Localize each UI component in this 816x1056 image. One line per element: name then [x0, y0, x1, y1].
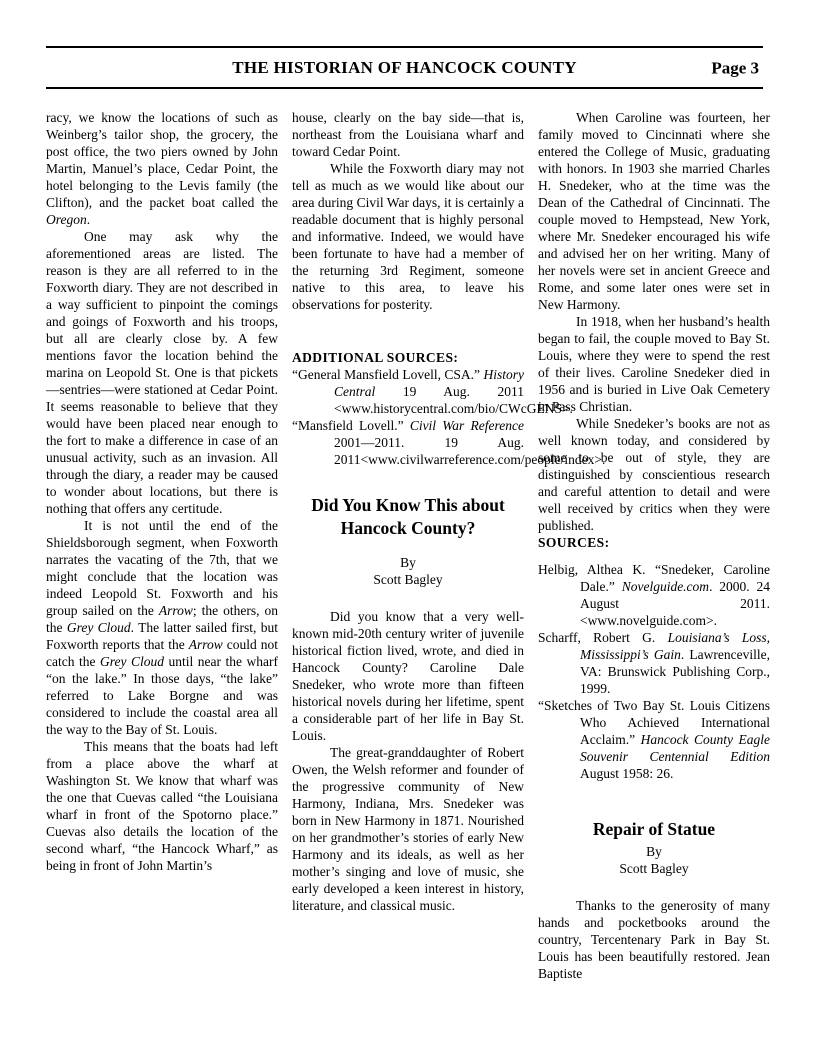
column-1: racy, we know the locations of such as W… [46, 109, 278, 982]
body-paragraph: One may ask why the aforementioned areas… [46, 228, 278, 517]
newsletter-page: THE HISTORIAN OF HANCOCK COUNTY Page 3 r… [0, 0, 816, 1056]
column-2: house, clearly on the bay side—that is, … [292, 109, 524, 982]
repair-of-statue-title: Repair of Statue [544, 818, 764, 841]
page-header: THE HISTORIAN OF HANCOCK COUNTY Page 3 [46, 48, 763, 87]
body-paragraph: The great-granddaughter of Robert Owen, … [292, 744, 524, 914]
citation-entry: Helbig, Althea K. “Snedeker, Caroline Da… [538, 561, 770, 629]
column-3: When Caroline was fourteen, her family m… [538, 109, 770, 982]
body-paragraph: house, clearly on the bay side—that is, … [292, 109, 524, 160]
body-paragraph: Thanks to the generosity of many hands a… [538, 897, 770, 982]
byline: ByScott Bagley [292, 554, 524, 588]
citation-entry: Scharff, Robert G. Louisiana’s Loss, Mis… [538, 629, 770, 697]
page-number: Page 3 [711, 59, 759, 76]
newsletter-title: THE HISTORIAN OF HANCOCK COUNTY [232, 59, 577, 76]
article-columns: racy, we know the locations of such as W… [46, 109, 770, 982]
citation-entry: “Mansfield Lovell.” Civil War Reference … [292, 417, 524, 468]
byline: ByScott Bagley [538, 843, 770, 877]
sources-heading: SOURCES: [538, 534, 770, 551]
body-paragraph: It is not until the end of the Shieldsbo… [46, 517, 278, 738]
additional-sources-heading: ADDITIONAL SOURCES: [292, 349, 524, 366]
body-paragraph: In 1918, when her husband’s health began… [538, 313, 770, 415]
body-paragraph: racy, we know the locations of such as W… [46, 109, 278, 228]
body-paragraph: While Snedeker’s books are not as well k… [538, 415, 770, 534]
header-bottom-rule [46, 87, 763, 89]
body-paragraph: This means that the boats had left from … [46, 738, 278, 874]
citation-entry: “General Mansfield Lovell, CSA.” History… [292, 366, 524, 417]
citation-entry: “Sketches of Two Bay St. Louis Citizens … [538, 697, 770, 782]
body-paragraph: While the Foxworth diary may not tell as… [292, 160, 524, 313]
did-you-know-title: Did You Know This about Hancock County? [298, 494, 518, 540]
body-paragraph: Did you know that a very well-known mid-… [292, 608, 524, 744]
body-paragraph: When Caroline was fourteen, her family m… [538, 109, 770, 313]
